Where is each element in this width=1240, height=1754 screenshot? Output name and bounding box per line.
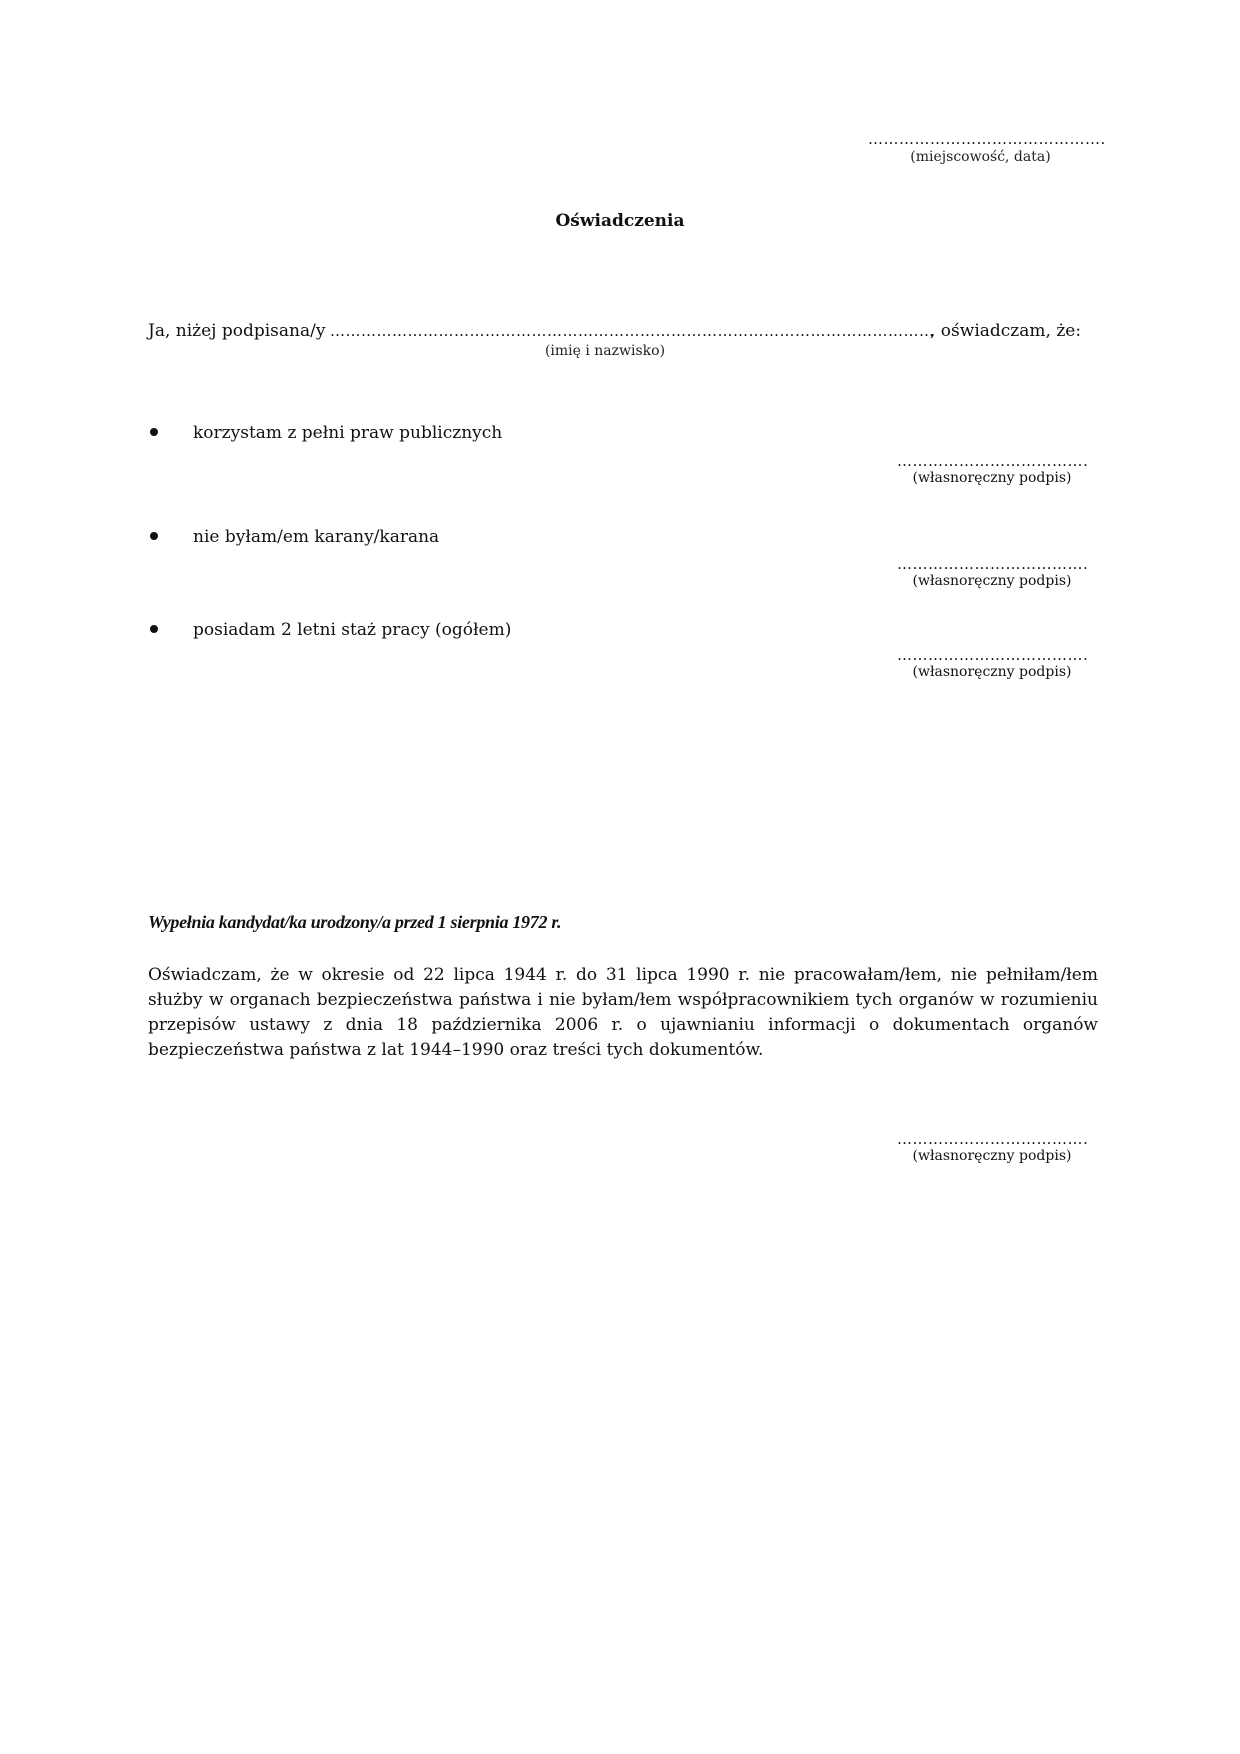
statement-text: nie byłam/em karany/karana (193, 527, 439, 547)
bullet-icon (150, 625, 158, 633)
signature-line[interactable]: ………………………………… (897, 555, 1087, 573)
signature-line[interactable]: ………………………………… (897, 452, 1087, 470)
document-title: Oświadczenia (0, 211, 1240, 231)
name-caption: (imię i nazwisko) (480, 343, 730, 359)
signature-caption: (własnoręczny podpis) (897, 664, 1087, 680)
signature-caption: (własnoręczny podpis) (897, 470, 1087, 486)
section-heading: Wypełnia kandydat/ka urodzony/a przed 1 … (148, 912, 561, 933)
signature-line[interactable]: ………………………………… (897, 1130, 1087, 1148)
name-input-line[interactable]: ………………………………………………………………………………………………………. (330, 322, 936, 340)
bullet-icon (150, 532, 158, 540)
place-date-line[interactable]: ………………………………………. (868, 130, 1093, 148)
signature-caption: (własnoręczny podpis) (897, 1148, 1087, 1164)
place-date-caption: (miejscowość, data) (868, 149, 1093, 165)
declaration-paragraph: Oświadczam, że w okresie od 22 lipca 194… (148, 963, 1098, 1063)
signature-caption: (własnoręczny podpis) (897, 573, 1087, 589)
signature-block: ………………………………… (własnoręczny podpis) (897, 555, 1087, 589)
bullet-icon (150, 428, 158, 436)
intro-prefix: Ja, niżej podpisana/y (148, 321, 325, 341)
statement-text: korzystam z pełni praw publicznych (193, 423, 502, 443)
statement-text: posiadam 2 letni staż pracy (ogółem) (193, 620, 511, 640)
signature-block: ………………………………… (własnoręczny podpis) (897, 452, 1087, 486)
signature-line[interactable]: ………………………………… (897, 646, 1087, 664)
signature-block: ………………………………… (własnoręczny podpis) (897, 1130, 1087, 1164)
intro-suffix: , oświadczam, że: (930, 321, 1081, 341)
signature-block: ………………………………… (własnoręczny podpis) (897, 646, 1087, 680)
